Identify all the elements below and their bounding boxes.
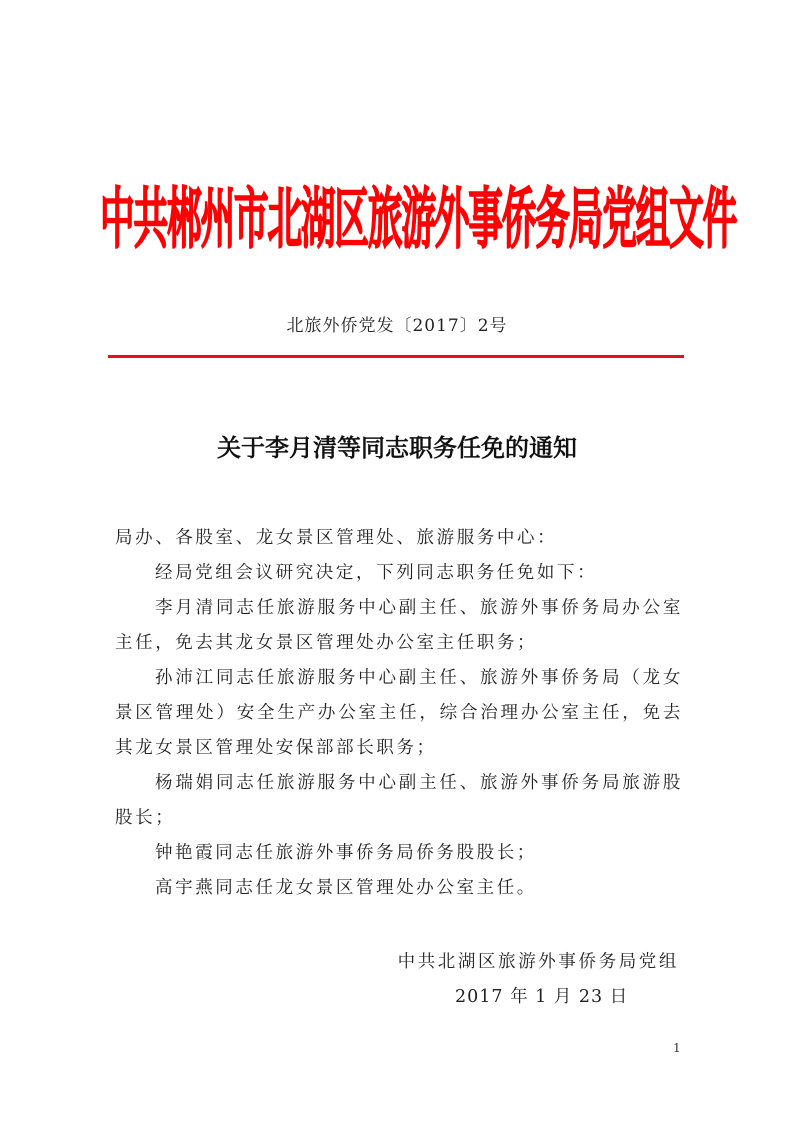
red-header: 中共郴州市北湖区旅游外事侨务局党组文件 bbox=[100, 178, 666, 250]
body-paragraph: 高宇燕同志任龙女景区管理处办公室主任。 bbox=[115, 871, 683, 906]
document-title: 关于李月清等同志职务任免的通知 bbox=[0, 428, 794, 468]
document-page: 中共郴州市北湖区旅游外事侨务局党组文件 北旅外侨党发〔2017〕2号 关于李月清… bbox=[0, 0, 794, 1123]
body-paragraph: 孙沛江同志任旅游服务中心副主任、旅游外事侨务局（龙女景区管理处）安全生产办公室主… bbox=[115, 661, 683, 766]
document-body: 局办、各股室、龙女景区管理处、旅游服务中心： 经局党组会议研究决定，下列同志职务… bbox=[115, 521, 683, 906]
addressee-line: 局办、各股室、龙女景区管理处、旅游服务中心： bbox=[115, 521, 683, 556]
document-number: 北旅外侨党发〔2017〕2号 bbox=[0, 313, 794, 339]
body-paragraph: 经局党组会议研究决定，下列同志职务任免如下： bbox=[115, 556, 683, 591]
signature-organization: 中共北湖区旅游外事侨务局党组 bbox=[398, 945, 679, 980]
page-number: 1 bbox=[673, 1040, 681, 1056]
body-paragraph: 李月清同志任旅游服务中心副主任、旅游外事侨务局办公室主任，免去其龙女景区管理处办… bbox=[115, 591, 683, 661]
signature-date: 2017 年 1 月 23 日 bbox=[455, 980, 628, 1015]
red-divider-rule bbox=[108, 355, 684, 358]
body-paragraph: 杨瑞娟同志任旅游服务中心副主任、旅游外事侨务局旅游股股长； bbox=[115, 766, 683, 836]
body-paragraph: 钟艳霞同志任旅游外事侨务局侨务股股长； bbox=[115, 836, 683, 871]
issuing-authority-title: 中共郴州市北湖区旅游外事侨务局党组文件 bbox=[100, 178, 736, 263]
